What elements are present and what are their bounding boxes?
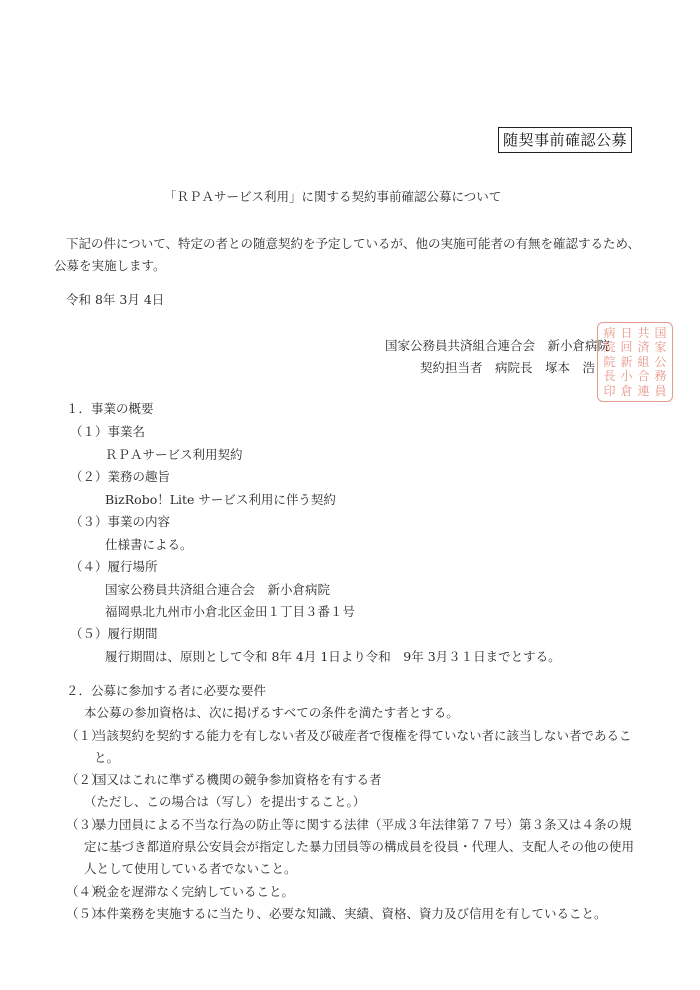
section-1-item-3-label: （３）事業の内容 xyxy=(70,514,170,530)
stamp-char: 長 xyxy=(601,369,618,383)
official-seal-stamp: 病 日 共 国 院 回 済 家 院 新 組 公 長 小 合 務 印 倉 連 員 xyxy=(597,322,673,402)
section-2-intro: 本公募の参加資格は、次に掲げるすべての条件を満たす者とする。 xyxy=(84,705,459,721)
intro-line-2: 公募を実施します。 xyxy=(54,258,166,274)
section-1-item-5-content: 履行期間は、原則として令和 8年 4月 1日より令和 9年 3月３１日までとする… xyxy=(105,649,561,665)
stamp-char: 共 xyxy=(635,326,652,340)
section-2-item-5-line-1: 本件業務を実施するに当たり、必要な知識、実績、資格、資力及び信用を有していること… xyxy=(94,906,607,922)
section-2-item-1-line-1: 当該契約を契約する能力を有しない者及び破産者で復権を得ていない者に該当しない者で… xyxy=(94,728,632,744)
section-2-item-4-line-1: 税金を遅滞なく完納していること。 xyxy=(94,884,294,900)
section-2-heading: ２．公募に参加する者に必要な要件 xyxy=(66,683,266,699)
stamp-char: 院 xyxy=(601,355,618,369)
stamp-char: 済 xyxy=(635,340,652,354)
section-1-item-1-label: （１）事業名 xyxy=(70,424,145,440)
section-2-item-3-line-3: 人として使用している者でないこと。 xyxy=(84,861,297,877)
section-1-item-1-content: ＲＰＡサービス利用契約 xyxy=(105,447,243,463)
intro-line-1: 下記の件について、特定の者との随意契約を予定しているが、他の実施可能者の有無を確… xyxy=(66,236,640,252)
stamp-char: 公 xyxy=(652,355,669,369)
document-title: 「ＲＰＡサービス利用」に関する契約事前確認公募について xyxy=(164,187,501,205)
stamp-char: 連 xyxy=(635,384,652,398)
section-1-item-2-label: （２）業務の趣旨 xyxy=(70,469,170,485)
stamp-char: 家 xyxy=(652,340,669,354)
issuer-organization: 国家公務員共済組合連合会 新小倉病院 xyxy=(385,338,610,354)
stamp-char: 組 xyxy=(635,355,652,369)
issuer-title: 契約担当者 病院長 塚本 浩 xyxy=(420,360,595,376)
stamp-char: 回 xyxy=(618,340,635,354)
section-2-item-1-line-2: と。 xyxy=(94,750,119,766)
stamp-char: 印 xyxy=(601,384,618,398)
section-1-item-4-content: 国家公務員共済組合連合会 新小倉病院 xyxy=(105,582,330,598)
stamp-char: 病 xyxy=(601,326,618,340)
section-1-heading: １．事業の概要 xyxy=(66,401,154,417)
stamp-char: 合 xyxy=(635,369,652,383)
issue-date: 令和 8年 3月 4日 xyxy=(66,292,164,308)
section-1-item-4-label: （４）履行場所 xyxy=(70,559,158,575)
stamp-char: 小 xyxy=(618,369,635,383)
section-2-item-2-line-1: 国又はこれに準ずる機関の競争参加資格を有する者 xyxy=(94,772,382,788)
stamp-char: 倉 xyxy=(618,384,635,398)
section-1-item-2-content: BizRobo！Lite サービス利用に伴う契約 xyxy=(105,492,336,508)
section-1-item-3-content: 仕様書による。 xyxy=(105,537,193,553)
stamp-char: 員 xyxy=(652,384,669,398)
section-2-item-2-line-2: （ただし、この場合は（写し）を提出すること。） xyxy=(84,794,365,810)
stamp-char: 務 xyxy=(652,369,669,383)
stamp-char: 院 xyxy=(601,340,618,354)
stamp-char: 国 xyxy=(652,326,669,340)
section-2-item-3-line-1: 暴力団員による不当な行為の防止等に関する法律（平成３年法律第７７号）第３条又は４… xyxy=(94,817,632,833)
section-1-item-4-address: 福岡県北九州市小倉北区金田１丁目３番１号 xyxy=(105,604,355,620)
section-2-item-3-line-2: 定に基づき都道府県公安員会が指定した暴力団員等の構成員を役員・代理人、支配人その… xyxy=(84,839,634,855)
stamp-char: 新 xyxy=(618,355,635,369)
section-1-item-5-label: （５）履行期間 xyxy=(70,626,158,642)
stamp-char: 日 xyxy=(618,326,635,340)
notice-type-badge: 随契事前確認公募 xyxy=(498,127,632,153)
